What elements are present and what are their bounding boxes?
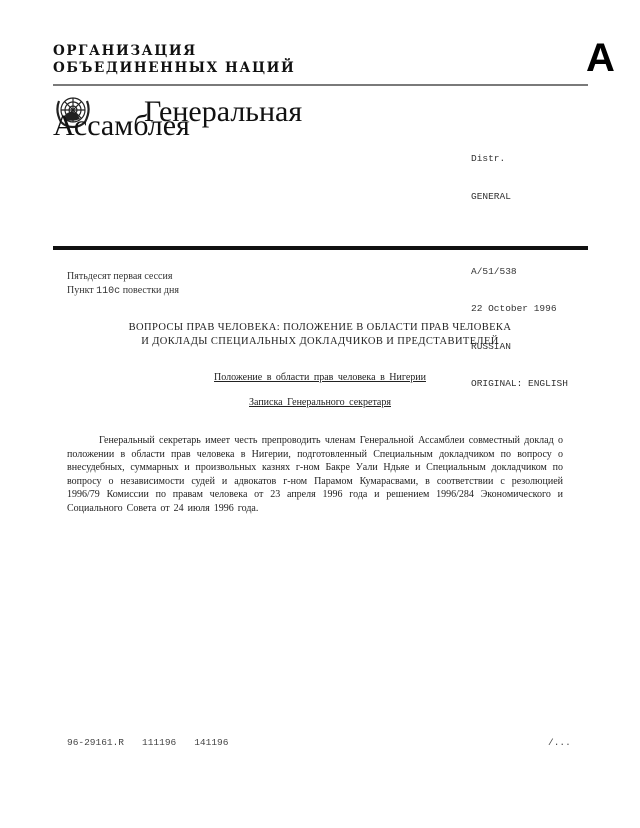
session-info: Пятьдесят первая сессия Пункт 110c повес… xyxy=(67,270,179,298)
document-series-letter: A xyxy=(586,36,615,80)
agenda-item-line: Пункт 110c повестки дня xyxy=(67,284,179,299)
session-line: Пятьдесят первая сессия xyxy=(67,270,179,284)
body-title-line-2: Ассамблея xyxy=(53,111,190,141)
header-thick-divider xyxy=(53,246,588,250)
distribution-label: Distr. xyxy=(471,153,568,166)
note-title-text: Записка Генерального секретаря xyxy=(249,397,391,408)
distribution-value: GENERAL xyxy=(471,191,568,204)
body-paragraph: Генеральный секретарь имеет честь препро… xyxy=(67,434,563,516)
organization-name-line-2: ОБЪЕДИНЕННЫХ НАЦИЙ xyxy=(53,60,295,77)
heading-line-1: ВОПРОСЫ ПРАВ ЧЕЛОВЕКА: ПОЛОЖЕНИЕ В ОБЛАС… xyxy=(0,321,640,335)
document-date: 22 October 1996 xyxy=(471,303,568,316)
note-title: Записка Генерального секретаря xyxy=(0,397,640,409)
document-heading: ВОПРОСЫ ПРАВ ЧЕЛОВЕКА: ПОЛОЖЕНИЕ В ОБЛАС… xyxy=(0,321,640,348)
date-code-2: 141196 xyxy=(194,737,228,748)
continuation-marker: /... xyxy=(548,737,571,748)
organization-name-line-1: ОРГАНИЗАЦИЯ xyxy=(53,43,295,60)
document-metadata: Distr. GENERAL A/51/538 22 October 1996 … xyxy=(471,128,568,403)
subtitle-text: Положение в области прав человека в Ниге… xyxy=(214,372,426,383)
agenda-item-prefix: Пункт xyxy=(67,285,94,296)
agenda-item-suffix: повестки дня xyxy=(123,285,179,296)
organization-name: ОРГАНИЗАЦИЯ ОБЪЕДИНЕННЫХ НАЦИЙ xyxy=(53,43,295,77)
agenda-item-number: 110c xyxy=(96,286,120,297)
date-code-1: 111196 xyxy=(142,737,176,748)
job-number: 96-29161.R xyxy=(67,737,124,748)
footer-job-code: 96-29161.R111196141196 xyxy=(67,737,246,748)
heading-line-2: И ДОКЛАДЫ СПЕЦИАЛЬНЫХ ДОКЛАДЧИКОВ И ПРЕД… xyxy=(0,335,640,349)
document-subtitle: Положение в области прав человека в Ниге… xyxy=(0,372,640,384)
document-number: A/51/538 xyxy=(471,266,568,279)
header-divider xyxy=(53,84,588,86)
